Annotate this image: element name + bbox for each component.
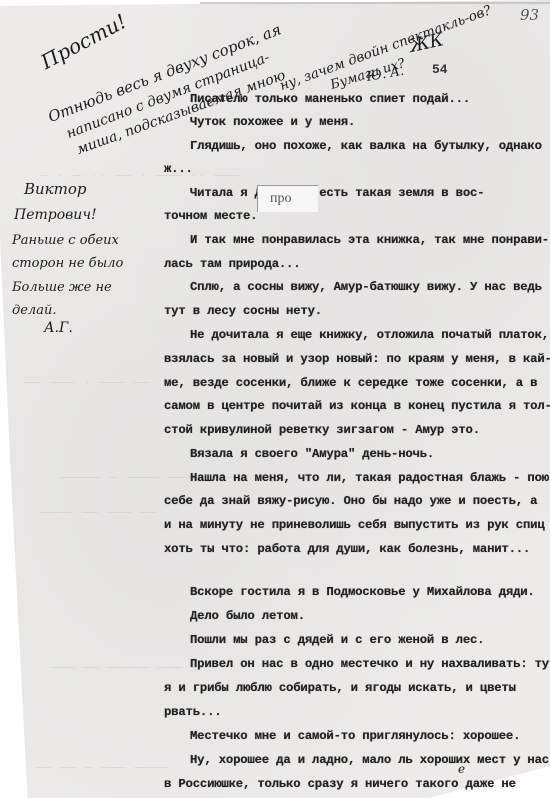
typed-line: Глядишь, оно похоже, как валка на бутылк… xyxy=(190,139,542,153)
typed-line: Сплю, а сосны вижу, Амур-батюшку вижу. У… xyxy=(190,280,542,294)
typed-line: тут в лесу сосны нету. xyxy=(164,304,322,318)
typed-line: себе да знай вяжу-рисую. Оно бы надо уже… xyxy=(164,494,537,508)
typed-line: ме, везде сосенки, ближе к середке тоже … xyxy=(164,376,537,390)
margin-note-line: сторон не было xyxy=(12,256,123,271)
margin-note-line: Петрович! xyxy=(14,207,97,223)
typed-line: Дело было летом. xyxy=(190,609,305,623)
margin-note-line: Раньше с обеих xyxy=(12,233,119,248)
page-top-edge xyxy=(200,2,550,4)
typed-line: точном месте. xyxy=(164,209,257,223)
typed-line: Привел он нас в одно местечко и ну нахва… xyxy=(190,657,550,671)
typed-line: И так мне понравилась эта книжка, так мн… xyxy=(190,233,549,247)
typed-line: Не дочитала я еще книжку, отложила почат… xyxy=(190,328,549,342)
margin-signature: А.Г. xyxy=(44,320,73,336)
margin-note-line: Больше же не xyxy=(12,280,112,295)
typed-line: Нашла на меня, что ли, такая радостная б… xyxy=(190,471,549,485)
typed-line: Писателю только маненько спиет подай... xyxy=(190,92,470,106)
typed-line: хоть ты что: работа для души, как болезн… xyxy=(164,542,530,556)
typed-line: Ну, хорошее да и ладно, мало ль хороших … xyxy=(190,753,549,767)
pasted-word-insert: про xyxy=(257,185,318,212)
typed-line: в Россиюшке, только сразу я ничего таког… xyxy=(164,777,516,791)
typed-line: и на минуту не приневолишь себя выпустит… xyxy=(164,518,545,532)
show-through-text: ———— —— ——— —— xyxy=(40,505,156,520)
archive-number: 93 xyxy=(520,6,539,24)
typed-line: Местечко мне и самой-то приглянулось: хо… xyxy=(190,729,520,743)
typed-line: Вскоре гостила я в Подмосковье у Михайло… xyxy=(190,585,535,599)
typed-line: Пошли мы раз с дядей и с его женой в лес… xyxy=(190,633,484,647)
show-through-text: —— —— — ——— ———— xyxy=(35,760,168,775)
typed-line: Вязала я своего "Амура" день-ночь. xyxy=(190,447,434,461)
page-number: 54 xyxy=(432,62,448,77)
typed-line: лась там природа... xyxy=(164,257,300,271)
typed-line: Чуток похожее и у меня. xyxy=(190,115,355,129)
typed-line: самом в центре почитай из конца в конец … xyxy=(164,399,550,413)
show-through-text: —— ——— · ——— —— xyxy=(25,375,150,390)
margin-note-line: Виктор xyxy=(24,180,87,198)
handwritten-correction: е xyxy=(458,762,465,776)
typed-line: ж... xyxy=(164,162,193,176)
typed-line: я и грибы люблю собирать, и ягоды искать… xyxy=(164,681,516,695)
typed-line: Читала я Даурию - есть такая земля в вос… xyxy=(190,186,484,200)
show-through-text: ——— —— ————— ——— —— xyxy=(50,660,208,675)
typed-line: рвать... xyxy=(164,705,221,719)
margin-note-line: делай. xyxy=(12,303,56,318)
typed-line: взялась за новый и узор новый: по краям … xyxy=(164,352,550,366)
typed-line: стой кривулиной реветку зигзагом - Амур … xyxy=(164,423,480,437)
